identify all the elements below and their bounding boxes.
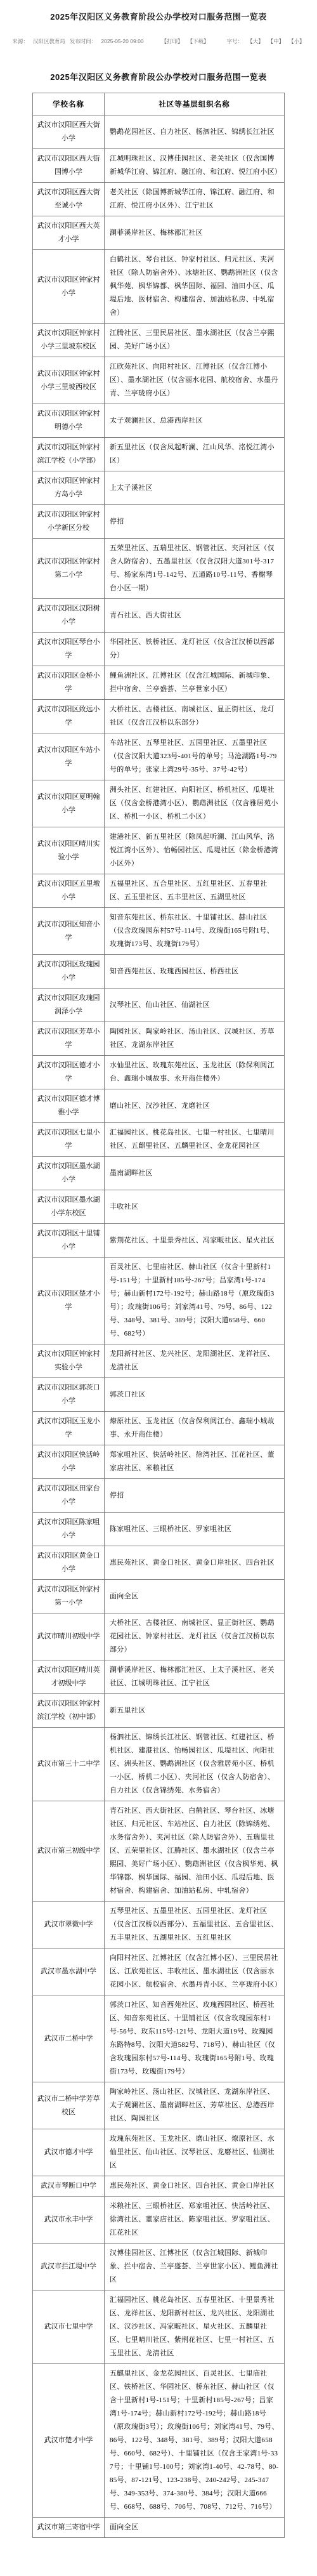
school-name-cell: 武汉市汉阳区钟家村明德小学 — [33, 404, 105, 438]
service-area-cell: 鹦鹉花园社区、自力社区、杨泗社区、锦绣长江社区 — [105, 115, 285, 149]
publish-label: 发布时间： — [70, 37, 97, 45]
school-name-cell: 武汉市汉阳区西大英才小学 — [33, 216, 105, 250]
service-area-cell: 陶家岭社区、汤山社区、汉城社区、龙湖东岸社区、太子观澜社区、墨南湖畔社区、芳草社… — [105, 2082, 285, 2129]
school-name-cell: 武汉市汉阳区玫瑰园润泽小学 — [33, 989, 105, 1022]
table-row: 武汉市楚才中学 五麒里社区、金龙花园社区、百灵社区、七里庙社区、铁桥社区、华园社… — [33, 2364, 285, 2518]
school-name-cell: 武汉市汉阳区致远小学 — [33, 700, 105, 733]
school-name-cell: 武汉市汉阳区楚才小学 — [33, 1258, 105, 1344]
service-area-cell: 停招 — [105, 1479, 285, 1513]
table-row: 武汉市墨水湖中学 向阳村社区、江博社区（仅含江博小区）、三里民居社区、江欣苑社区… — [33, 1948, 285, 1995]
service-area-cell: 新五里社区（仅含凤起听澜、江山风华、洺悦江湾小区） — [105, 438, 285, 471]
table-row: 武汉市第三初级中学 青石社区、西大街社区、白鹤社区、琴台社区、冰塘社区、归元社区… — [33, 1801, 285, 1902]
table-row: 武汉市汉阳区钟家村实验小学 龙阳新村社区、龙兴社区、龙阳湖社区、龙祥社区、龙清社… — [33, 1344, 285, 1378]
table-row: 武汉市汉阳区钟家村滨江学校（初中部） 新五里社区 — [33, 1694, 285, 1728]
table-row: 武汉市第三十二中学 杨泗社区、锦绣长江社区、钢管社区、红建社区、桥机社区、建港社… — [33, 1728, 285, 1801]
service-area-cell: 燎原社区、玉龙社区（仅含保利阅江台、鑫瑞小城故事、永开商住楼） — [105, 1412, 285, 1445]
service-area-cell: 老关社区（除国博新城华江府、锦江府、融江府、和江府、悦江府小区外）、江宁社区 — [105, 183, 285, 216]
service-area-cell: 新五里社区 — [105, 1694, 285, 1728]
service-area-cell: 郑家咀社区、快活岭社区、徐湾社区、江花社区、董家店社区、米粮社区 — [105, 1445, 285, 1479]
school-name-cell: 武汉市琴断口中学 — [33, 2176, 105, 2197]
font-size-large-button[interactable]: 【大】 — [247, 37, 264, 45]
table-body: 武汉市汉阳区西大街小学 鹦鹉花园社区、自力社区、杨泗社区、锦绣长江社区 武汉市汉… — [33, 115, 285, 2538]
service-area-cell: 陶园社区、陶家岭社区、汤山社区、汉城社区、芳草社区、龙湖东岸社区 — [105, 1022, 285, 1056]
table-row: 武汉市汉阳区夏明翰小学 洲头社区、红建社区、向阳社区、桥机社区、瓜堤社区（仅含金… — [33, 780, 285, 827]
service-area-cell: 米粮社区、三眼桥社区、郑家咀社区、快活岭社区、徐湾社区、董家店社区、陈家咀社区、… — [105, 2197, 285, 2244]
school-name-cell: 武汉市汉阳区汉阳树小学 — [33, 599, 105, 633]
service-area-cell: 青石社区、西大街社区 — [105, 599, 285, 633]
table-row: 武汉市汉阳区晴川实验小学 建港社区、新五里社区（除凤起听澜、江山风华、洺悦江湾小… — [33, 827, 285, 874]
table-row: 武汉市汉阳区玫瑰园润泽小学 汉琴社区、仙山社区、仙湖社区 — [33, 989, 285, 1022]
table-row: 武汉市汉阳区德才博雅小学 磨山社区、汉沙社区、龙磨社区 — [33, 1089, 285, 1123]
table-row: 武汉市汉阳区钟家村明德小学 太子观澜社区、总港西岸社区 — [33, 404, 285, 438]
school-name-cell: 武汉市汉阳区德才小学 — [33, 1056, 105, 1089]
service-area-cell: 面向全区 — [105, 2518, 285, 2538]
school-name-cell: 武汉市汉阳区快活岭小学 — [33, 1445, 105, 1479]
school-name-cell: 武汉市汉阳区墨水湖小学 — [33, 1157, 105, 1190]
article-meta: 来源：汉阳区教育局 发布时间：2025-05-20 09:00 【打印】 【下载… — [0, 37, 317, 45]
service-area-cell: 面向全区 — [105, 1580, 285, 1613]
service-area-cell: 上太子溪社区 — [105, 471, 285, 505]
table-row: 武汉市汉阳区墨水湖小学东校区 丰收社区 — [33, 1190, 285, 1224]
school-name-cell: 武汉市汉阳区晴川英才初级中学 — [33, 1660, 105, 1694]
column-header-school: 学校名称 — [33, 93, 105, 115]
table-row: 武汉市汉阳区德才小学 水仙里社区、玫瑰东苑社区、玉龙社区（除保利阅江台、鑫瑞小城… — [33, 1056, 285, 1089]
school-name-cell: 武汉市汉阳区西大街小学 — [33, 115, 105, 149]
school-name-cell: 武汉市汉阳区钟家村滨江学校（小学部） — [33, 438, 105, 471]
school-name-cell: 武汉市汉阳区钟家村第二小学 — [33, 539, 105, 599]
table-row: 武汉市汉阳区车站小学 车站社区、五琴里社区、五园里社区、五墨里社区（仅含汉阳大道… — [33, 733, 285, 780]
table-row: 武汉市汉阳区田家台小学 停招 — [33, 1479, 285, 1513]
table-row: 武汉市汉阳区十里铺小学 紫荆花社区、十里景秀社区、冯家畈社区、星火社区 — [33, 1224, 285, 1258]
bottom-whitespace — [0, 2538, 317, 2576]
school-name-cell: 武汉市拦江堤中学 — [33, 2244, 105, 2290]
service-area-cell: 汇福园社区、桃花岛社区、七里一村社区、七里晴川社区、五麒里社区、五麟里社区、金龙… — [105, 1123, 285, 1157]
service-area-cell: 汇福园社区、桃花岛社区、五春里社区、十里景秀社区、龙祥社区、龙阳新村社区、龙兴社… — [105, 2290, 285, 2364]
font-size-label: 字号： — [227, 37, 243, 45]
service-area-cell: 郭茨口社区、知音西苑社区、玫瑰西园社区、桥西社区、知音东苑社区、十里铺社区（仅含… — [105, 1995, 285, 2082]
print-button[interactable]: 【打印】 — [162, 37, 183, 45]
school-name-cell: 武汉市汉阳区德才博雅小学 — [33, 1089, 105, 1123]
service-area-cell: 知音西苑社区、玫瑰西园社区、桥西社区 — [105, 955, 285, 989]
school-name-cell: 武汉市第三初级中学 — [33, 1801, 105, 1902]
school-name-cell: 武汉市二桥中学芳草校区 — [33, 2082, 105, 2129]
table-row: 武汉市二桥中学芳草校区 陶家岭社区、汤山社区、汉城社区、龙湖东岸社区、太子观澜社… — [33, 2082, 285, 2129]
table-row: 武汉市汉阳区五里墩小学 五福里社区、五合里社区、五红里社区、五春里社区、五玉里社… — [33, 874, 285, 908]
service-area-cell: 磨山社区、汉沙社区、龙磨社区 — [105, 1089, 285, 1123]
table-row: 武汉市汉阳区西大街至诚小学 老关社区（除国博新城华江府、锦江府、融江府、和江府、… — [33, 183, 285, 216]
service-area-cell: 百灵社区、七里庙社区、赫山社区（仅含十里新村1号-151号；十里新村185号-2… — [105, 1258, 285, 1344]
table-row: 武汉市汉阳区七里小学 汇福园社区、桃花岛社区、七里一村社区、七里晴川社区、五麒里… — [33, 1123, 285, 1157]
table-row: 武汉市汉阳区快活岭小学 郑家咀社区、快活岭社区、徐湾社区、江花社区、董家店社区、… — [33, 1445, 285, 1479]
table-row: 武汉市汉阳区晴川英才初级中学 澜菲溪岸社区、梅林都汇社区、上太子溪社区、老关社区… — [33, 1660, 285, 1694]
school-name-cell: 武汉市二桥中学 — [33, 1995, 105, 2082]
table-row: 武汉市永丰中学 米粮社区、三眼桥社区、郑家咀社区、快活岭社区、徐湾社区、董家店社… — [33, 2197, 285, 2244]
school-name-cell: 武汉市汉阳区晴川实验小学 — [33, 827, 105, 874]
school-name-cell: 武汉市汉阳区钟家村实验小学 — [33, 1344, 105, 1378]
table-row: 武汉市汉阳区钟家村方岛小学 上太子溪社区 — [33, 471, 285, 505]
service-area-cell: 惠民苑社区、黄金口社区、四台社区、黄金口岸社区 — [105, 2176, 285, 2197]
service-area-cell: 五荣里社区、五瑞里社区、钢管社区、夹河社区（仅含人防宿舍）、五墨里社区（仅含汉阳… — [105, 539, 285, 599]
table-row: 武汉市汉阳区芳草小学 陶园社区、陶家岭社区、汤山社区、汉城社区、芳草社区、龙湖东… — [33, 1022, 285, 1056]
service-area-cell: 杨泗社区、锦绣长江社区、钢管社区、红建社区、桥机社区、建港社区、怡畅园社区、瓜堤… — [105, 1728, 285, 1801]
table-row: 武汉市汉阳区钟家村小学 白鹤社区、琴台社区、钟家村社区、归元社区、夹河社区（除人… — [33, 250, 285, 324]
page-title: 2025年汉阳区义务教育阶段公办学校对口服务范围一览表 — [13, 10, 304, 22]
school-name-cell: 武汉市第三寄宿中学 — [33, 2518, 105, 2538]
service-area-cell: 大桥社区、古楼社区、南城社区、显正街社区、鹦鹉花园社区、钟家村社区、龙灯社区（仅… — [105, 1613, 285, 1660]
table-row: 武汉市汉阳区陈家咀小学 陈家咀社区、三眼桥社区、罗家咀社区 — [33, 1513, 285, 1546]
table-row: 武汉市汉阳区玫瑰园小学 知音西苑社区、玫瑰西园社区、桥西社区 — [33, 955, 285, 989]
service-area-cell: 郭茨口社区 — [105, 1378, 285, 1412]
service-area-cell: 汉博佳园社区、江博社区（仅含江城国际、新城印象、拦中宿舍、兰亭盛荟、兰亭世家小区… — [105, 2244, 285, 2290]
service-area-cell: 大桥社区、古楼社区、南城社区、显正街社区、龙灯社区（仅含江汉桥以东部分） — [105, 700, 285, 733]
table-row: 武汉市德才中学 玫瑰东苑社区、玉龙社区、磨山社区、燎原社区、水仙里社区、仙山社区… — [33, 2129, 285, 2176]
school-name-cell: 武汉市永丰中学 — [33, 2197, 105, 2244]
school-name-cell: 武汉市汉阳区陈家咀小学 — [33, 1513, 105, 1546]
table-row: 武汉市汉阳区金桥小学 鲤鱼洲社区、江博社区（仅含江城国际、新城印象、拦中宿舍、兰… — [33, 666, 285, 700]
table-header-row: 学校名称 社区等基层组织名称 — [33, 93, 285, 115]
school-name-cell: 武汉市汉阳区玉龙小学 — [33, 1412, 105, 1445]
table-row: 武汉市晴川初级中学 大桥社区、古楼社区、南城社区、显正街社区、鹦鹉花园社区、钟家… — [33, 1613, 285, 1660]
table-row: 武汉市汉阳区钟家村第一小学 面向全区 — [33, 1580, 285, 1613]
table-row: 武汉市汉阳区琴台小学 华园社区、铁桥社区、龙灯社区（仅含江汉桥以西部分） — [33, 633, 285, 666]
service-area-cell: 江腾社区、三里民居社区、墨水湖社区（仅含兰亭熙园、美好广场小区） — [105, 324, 285, 357]
table-row: 武汉市七里中学 汇福园社区、桃花岛社区、五春里社区、十里景秀社区、龙祥社区、龙阳… — [33, 2290, 285, 2364]
school-name-cell: 武汉市汉阳区芳草小学 — [33, 1022, 105, 1056]
school-name-cell: 武汉市汉阳区金桥小学 — [33, 666, 105, 700]
service-area-cell: 玫瑰东苑社区、玉龙社区、磨山社区、燎原社区、水仙里社区、仙山社区、汉琴社区、龙磨… — [105, 2129, 285, 2176]
table-row: 武汉市拦江堤中学 汉博佳园社区、江博社区（仅含江城国际、新城印象、拦中宿舍、兰亭… — [33, 2244, 285, 2290]
school-name-cell: 武汉市汉阳区钟家村方岛小学 — [33, 471, 105, 505]
table-row: 武汉市汉阳区西大英才小学 澜菲溪岸社区、梅林都汇社区 — [33, 216, 285, 250]
school-name-cell: 武汉市汉阳区钟家村滨江学校（初中部） — [33, 1694, 105, 1728]
service-area-cell: 停招 — [105, 505, 285, 539]
school-name-cell: 武汉市翠微中学 — [33, 1902, 105, 1948]
school-name-cell: 武汉市汉阳区黄金口小学 — [33, 1546, 105, 1580]
table-row: 武汉市汉阳区玉龙小学 燎原社区、玉龙社区（仅含保利阅江台、鑫瑞小城故事、永开商住… — [33, 1412, 285, 1445]
service-area-cell: 龙阳新村社区、龙兴社区、龙阳湖社区、龙祥社区、龙清社区 — [105, 1344, 285, 1378]
column-header-area: 社区等基层组织名称 — [105, 93, 285, 115]
service-area-cell: 惠民苑社区、黄金口社区、黄金口岸社区、四台社区 — [105, 1546, 285, 1580]
service-area-cell: 水仙里社区、玫瑰东苑社区、玉龙社区（除保利阅江台、鑫瑞小城故事、永开商住楼外） — [105, 1056, 285, 1089]
school-name-cell: 武汉市汉阳区十里铺小学 — [33, 1224, 105, 1258]
service-area-cell: 丰收社区 — [105, 1190, 285, 1224]
table-row: 武汉市琴断口中学 惠民苑社区、黄金口社区、四台社区、黄金口岸社区 — [33, 2176, 285, 2197]
table-row: 武汉市第三寄宿中学 面向全区 — [33, 2518, 285, 2538]
school-name-cell: 武汉市楚才中学 — [33, 2364, 105, 2518]
service-area-cell: 陈家咀社区、三眼桥社区、罗家咀社区 — [105, 1513, 285, 1546]
school-name-cell: 武汉市汉阳区知音小学 — [33, 908, 105, 955]
table-row: 武汉市汉阳区钟家村小学新区分校 停招 — [33, 505, 285, 539]
school-name-cell: 武汉市七里中学 — [33, 2290, 105, 2364]
school-name-cell: 武汉市汉阳区夏明翰小学 — [33, 780, 105, 827]
school-name-cell: 武汉市德才中学 — [33, 2129, 105, 2176]
service-area-cell: 太子观澜社区、总港西岸社区 — [105, 404, 285, 438]
school-name-cell: 武汉市墨水湖中学 — [33, 1948, 105, 1995]
service-area-cell: 知音东苑社区、桥东社区、十里铺社区、赫山社区（仅含玫瑰园东村57号-114号、玫… — [105, 908, 285, 955]
table-row: 武汉市汉阳区钟家村滨江学校（小学部） 新五里社区（仅含凤起听澜、江山风华、洺悦江… — [33, 438, 285, 471]
service-area-cell: 洲头社区、红建社区、向阳社区、桥机社区、瓜堤社区（仅含金桥港湾小区）、鹦鹉洲社区… — [105, 780, 285, 827]
school-name-cell: 武汉市汉阳区钟家村第一小学 — [33, 1580, 105, 1613]
school-name-cell: 武汉市汉阳区西大街至诚小学 — [33, 183, 105, 216]
table-row: 武汉市汉阳区西大街国博小学 江城明珠社区、汉博佳园社区、老关社区（仅含国博新城华… — [33, 149, 285, 183]
table-row: 武汉市翠微中学 五琴里社区、五墨里社区、五园里社区、龙灯社区（仅含江汉桥以西部分… — [33, 1902, 285, 1948]
service-area-cell: 建港社区、新五里社区（除凤起听澜、江山风华、洺悦江湾小区外）、怡畅园社区、瓜堤社… — [105, 827, 285, 874]
service-area-cell: 江欣苑社区、向阳村社区、江博社区（仅含江博小区）、墨水湖社区（仅含丽水花园、航校… — [105, 357, 285, 404]
school-service-range-table: 学校名称 社区等基层组织名称 武汉市汉阳区西大街小学 鹦鹉花园社区、自力社区、杨… — [32, 93, 285, 2538]
download-button[interactable]: 【下载】 — [188, 37, 209, 45]
table-row: 武汉市汉阳区钟家村第二小学 五荣里社区、五瑞里社区、钢管社区、夹河社区（仅含人防… — [33, 539, 285, 599]
school-name-cell: 武汉市汉阳区西大街国博小学 — [33, 149, 105, 183]
table-row: 武汉市汉阳区郭茨口小学 郭茨口社区 — [33, 1378, 285, 1412]
service-area-cell: 向阳村社区、江博社区（仅含江博小区）、三里民居社区、江欣苑社区、丰收社区、墨水湖… — [105, 1948, 285, 1995]
service-area-cell: 鲤鱼洲社区、江博社区（仅含江城国际、新城印象、拦中宿舍、兰亭盛荟、兰亭世家小区） — [105, 666, 285, 700]
table-row: 武汉市汉阳区汉阳树小学 青石社区、西大街社区 — [33, 599, 285, 633]
table-row: 武汉市二桥中学 郭茨口社区、知音西苑社区、玫瑰西园社区、桥西社区、知音东苑社区、… — [33, 1995, 285, 2082]
school-name-cell: 武汉市汉阳区郭茨口小学 — [33, 1378, 105, 1412]
table-row: 武汉市汉阳区钟家村小学三里坡西校区 江欣苑社区、向阳村社区、江博社区（仅含江博小… — [33, 357, 285, 404]
table-row: 武汉市汉阳区钟家村小学三里坡东校区 江腾社区、三里民居社区、墨水湖社区（仅含兰亭… — [33, 324, 285, 357]
service-area-cell: 五琴里社区、五墨里社区、五园里社区、龙灯社区（仅含江汉桥以西部分）、五福里社区、… — [105, 1902, 285, 1948]
service-area-cell: 华园社区、铁桥社区、龙灯社区（仅含江汉桥以西部分） — [105, 633, 285, 666]
table-row: 武汉市汉阳区致远小学 大桥社区、古楼社区、南城社区、显正街社区、龙灯社区（仅含江… — [33, 700, 285, 733]
service-area-cell: 五麒里社区、金龙花园社区、百灵社区、七里庙社区、铁桥社区、华园社区、桥东社区、赫… — [105, 2364, 285, 2518]
school-name-cell: 武汉市汉阳区田家台小学 — [33, 1479, 105, 1513]
school-name-cell: 武汉市汉阳区琴台小学 — [33, 633, 105, 666]
school-name-cell: 武汉市第三十二中学 — [33, 1728, 105, 1801]
table-title: 2025年汉阳区义务教育阶段公办学校对口服务范围一览表 — [13, 70, 304, 82]
school-name-cell: 武汉市汉阳区墨水湖小学东校区 — [33, 1190, 105, 1224]
table-row: 武汉市汉阳区黄金口小学 惠民苑社区、黄金口社区、黄金口岸社区、四台社区 — [33, 1546, 285, 1580]
service-area-cell: 青石社区、西大街社区、白鹤社区、琴台社区、冰塘社区、归元社区、车站社区、自力社区… — [105, 1801, 285, 1902]
school-name-cell: 武汉市汉阳区五里墩小学 — [33, 874, 105, 908]
school-name-cell: 武汉市晴川初级中学 — [33, 1613, 105, 1660]
school-name-cell: 武汉市汉阳区车站小学 — [33, 733, 105, 780]
school-name-cell: 武汉市汉阳区玫瑰园小学 — [33, 955, 105, 989]
school-name-cell: 武汉市汉阳区钟家村小学新区分校 — [33, 505, 105, 539]
table-row: 武汉市汉阳区知音小学 知音东苑社区、桥东社区、十里铺社区、赫山社区（仅含玫瑰园东… — [33, 908, 285, 955]
school-name-cell: 武汉市汉阳区钟家村小学 — [33, 250, 105, 324]
service-area-cell: 汉琴社区、仙山社区、仙湖社区 — [105, 989, 285, 1022]
service-area-cell: 紫荆花社区、十里景秀社区、冯家畈社区、星火社区 — [105, 1224, 285, 1258]
font-size-small-button[interactable]: 【小】 — [288, 37, 305, 45]
table-row: 武汉市汉阳区墨水湖小学 墨南湖畔社区 — [33, 1157, 285, 1190]
service-area-cell: 白鹤社区、琴台社区、钟家村社区、归元社区、夹河社区（除人防宿舍外）、冰塘社区、鹦… — [105, 250, 285, 324]
font-size-medium-button[interactable]: 【中】 — [268, 37, 285, 45]
table-row: 武汉市汉阳区楚才小学 百灵社区、七里庙社区、赫山社区（仅含十里新村1号-151号… — [33, 1258, 285, 1344]
table-row: 武汉市汉阳区西大街小学 鹦鹉花园社区、自力社区、杨泗社区、锦绣长江社区 — [33, 115, 285, 149]
service-area-cell: 五福里社区、五合里社区、五红里社区、五春里社区、五玉里社区、五丰里社区、五湖里社… — [105, 874, 285, 908]
service-area-cell: 车站社区、五琴里社区、五园里社区、五墨里社区（仅含汉阳大道323号-401号的单… — [105, 733, 285, 780]
source-value: 汉阳区教育局 — [33, 37, 65, 45]
school-name-cell: 武汉市汉阳区钟家村小学三里坡东校区 — [33, 324, 105, 357]
school-name-cell: 武汉市汉阳区钟家村小学三里坡西校区 — [33, 357, 105, 404]
publish-time: 2025-05-20 09:00 — [101, 38, 143, 44]
source-label: 来源： — [12, 37, 29, 45]
service-area-cell: 澜菲溪岸社区、梅林都汇社区 — [105, 216, 285, 250]
service-area-cell: 江城明珠社区、汉博佳园社区、老关社区（仅含国博新城华江府、锦江府、融江府、和江府… — [105, 149, 285, 183]
service-area-cell: 墨南湖畔社区 — [105, 1157, 285, 1190]
service-area-cell: 澜菲溪岸社区、梅林都汇社区、上太子溪社区、老关社区、江城明珠社区、江宁社区 — [105, 1660, 285, 1694]
school-name-cell: 武汉市汉阳区七里小学 — [33, 1123, 105, 1157]
